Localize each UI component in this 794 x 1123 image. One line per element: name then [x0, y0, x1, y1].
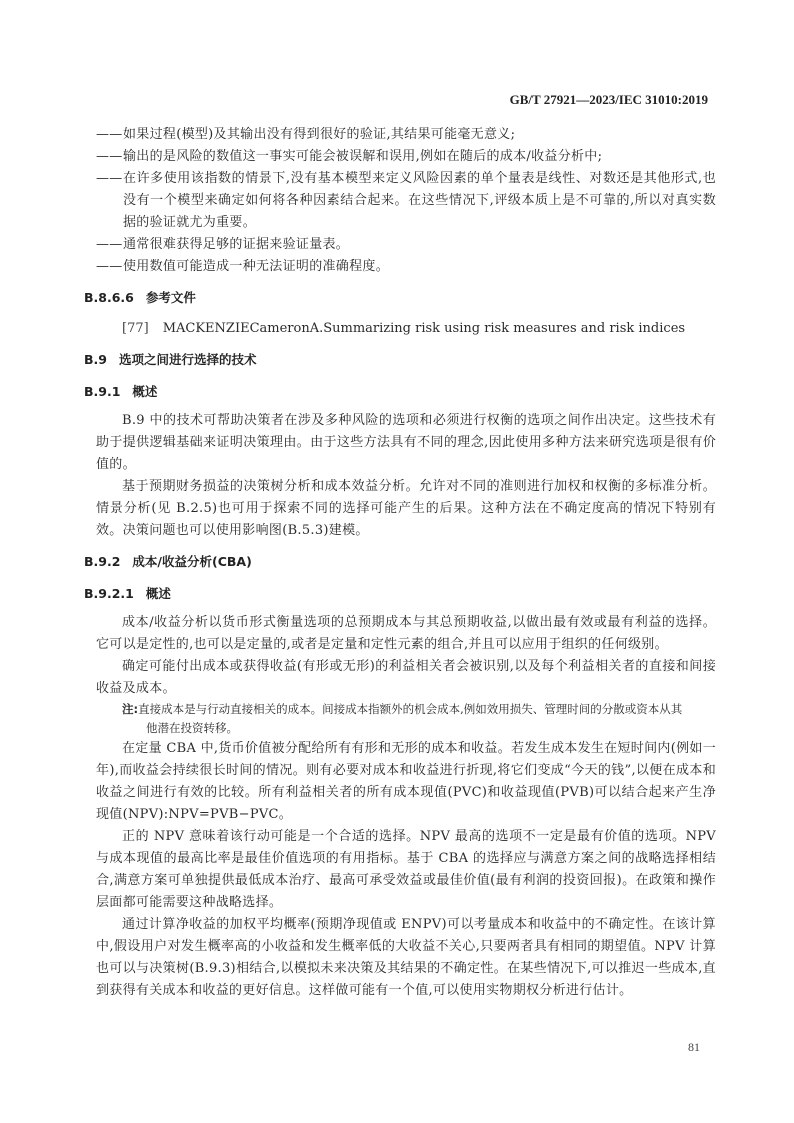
heading-b921: B.9.2.1概述 — [84, 584, 716, 604]
paragraph: 基于预期财务损益的决策树分析和成本效益分析。允许对不同的准则进行加权和权衡的多标… — [96, 476, 716, 542]
list-item: ——输出的是风险的数值这一事实可能会被误解和误用,例如在随后的成本/收益分析中; — [96, 146, 716, 168]
list-item: ——通常很难获得足够的证据来验证量表。 — [96, 234, 716, 256]
list-item: ——使用数值可能造成一种无法证明的准确程度。 — [96, 256, 716, 278]
standard-code-header: GB/T 27921—2023/IEC 31010:2019 — [510, 92, 708, 108]
dash-bullet: —— — [96, 124, 123, 146]
dash-bullet: —— — [96, 146, 123, 168]
heading-b9: B.9选项之间进行选择的技术 — [84, 350, 716, 370]
reference-number: [77] — [122, 321, 149, 336]
dash-bullet: —— — [96, 168, 123, 190]
paragraph: 确定可能付出成本或获得收益(有形或无形)的利益相关者会被识别,以及每个利益相关者… — [96, 656, 716, 700]
document-body: ——如果过程(模型)及其输出没有得到很好的验证,其结果可能毫无意义; ——输出的… — [96, 124, 716, 1002]
heading-b8666: B.8.6.6参考文件 — [84, 288, 716, 308]
paragraph: 成本/收益分析以货币形式衡量选项的总预期成本与其总预期收益,以做出最有效或最有利… — [96, 612, 716, 656]
paragraph: B.9 中的技术可帮助决策者在涉及多种风险的选项和必须进行权衡的选项之间作出决定… — [96, 410, 716, 476]
note: 注:直接成本是与行动直接相关的成本。间接成本指额外的机会成本,例如效用损失、管理… — [96, 700, 716, 738]
heading-b92: B.9.2成本/收益分析(CBA) — [84, 552, 716, 572]
dash-bullet: —— — [96, 256, 123, 278]
dash-list: ——如果过程(模型)及其输出没有得到很好的验证,其结果可能毫无意义; ——输出的… — [96, 124, 716, 278]
paragraph: 通过计算净收益的加权平均概率(预期净现值或 ENPV)可以考量成本和收益中的不确… — [96, 914, 716, 1002]
paragraph: 正的 NPV 意味着该行动可能是一个合适的选择。NPV 最高的选项不一定是最有价… — [96, 826, 716, 914]
list-item: ——在许多使用该指数的情景下,没有基本模型来定义风险因素的单个量表是线性、对数还… — [96, 168, 716, 234]
page-number: 81 — [688, 1040, 700, 1055]
heading-b91: B.9.1概述 — [84, 382, 716, 402]
paragraph: 在定量 CBA 中,货币价值被分配给所有有形和无形的成本和收益。若发生成本发生在… — [96, 738, 716, 826]
list-item: ——如果过程(模型)及其输出没有得到很好的验证,其结果可能毫无意义; — [96, 124, 716, 146]
reference-entry: [77]MACKENZIECameronA.Summarizing risk u… — [96, 318, 716, 340]
note-label: 注: — [122, 702, 138, 716]
dash-bullet: —— — [96, 234, 123, 256]
reference-text: MACKENZIECameronA.Summarizing risk using… — [163, 321, 685, 336]
